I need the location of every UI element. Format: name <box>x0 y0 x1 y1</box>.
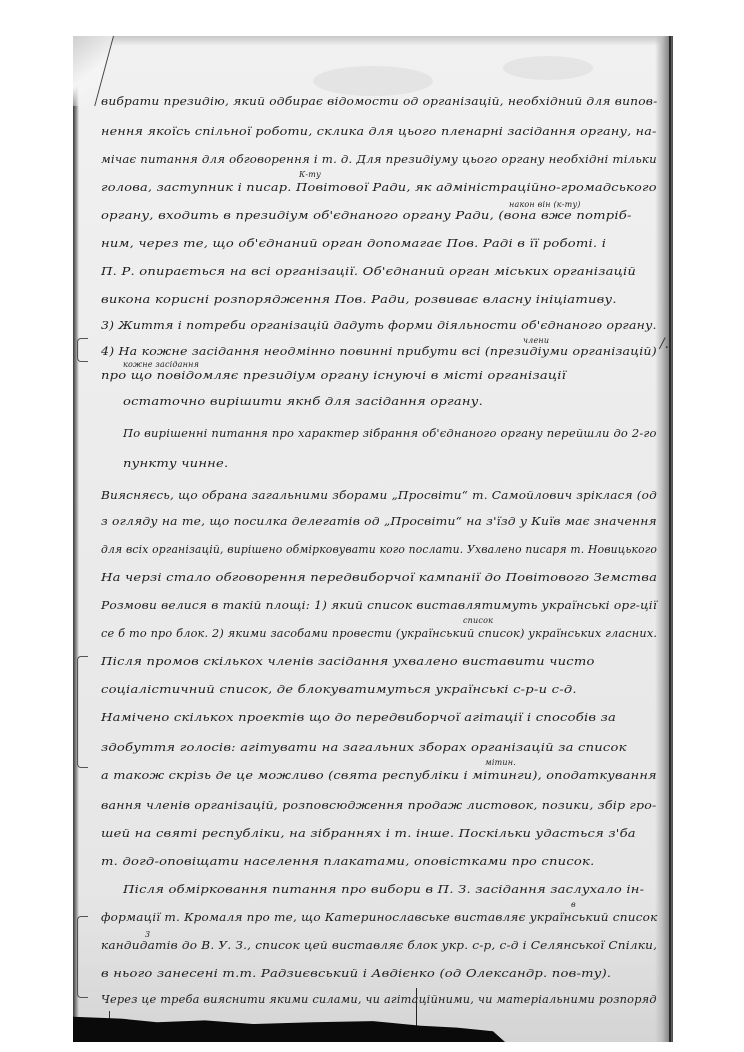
text-line: голова, заступник і писар. Повітової Рад… <box>101 180 657 194</box>
text-line: По вирішенні питання про характер зібран… <box>123 426 657 440</box>
text-line: викона корисні розпорядження Пов. Ради, … <box>101 292 617 306</box>
text-line: 4) На кожне засідання неодмінно повинні … <box>101 344 657 358</box>
margin-bracket <box>77 916 88 998</box>
text-line: формації т. Кромаля про те, що Катеринос… <box>101 910 658 924</box>
text-line: з огляду на те, що посилка делегатів од … <box>101 514 657 528</box>
text-line: Після промов скількох членів засідання у… <box>101 654 595 668</box>
text-line: остаточно вирішити якнб для засідання ор… <box>123 394 483 408</box>
margin-mark: /. <box>660 336 669 352</box>
margin-bracket <box>77 656 88 768</box>
text-line: На черзі стало обговорення передвиборчої… <box>101 570 657 584</box>
interlinear-note: в <box>571 900 576 909</box>
document-page: вибрати президію, який одбирає відомости… <box>73 36 673 1042</box>
text-line: Після обмірковання питання про вибори в … <box>123 882 644 896</box>
text-line: шей на святі республіки, на зібраннях і … <box>101 826 636 840</box>
text-line: а також скрізь де це можливо (свята респ… <box>101 768 657 782</box>
text-line: т. догд-оповіщати населення плакатами, о… <box>101 854 594 868</box>
text-line: мічає питання для обговорення і т. д. Дл… <box>101 152 657 166</box>
text-line: П. Р. опирається на всі організації. Об'… <box>101 264 636 278</box>
text-line: для всіх організацій, вирішено обміркову… <box>101 542 657 556</box>
text-line: органу, входить в президіум об'єднаного … <box>101 208 632 222</box>
text-line: вибрати президію, який одбирає відомости… <box>101 94 657 108</box>
interlinear-note: список <box>463 616 493 625</box>
text-line: пункту чинне. <box>123 456 228 470</box>
text-line: про що повідомляє президіум органу існую… <box>101 368 566 382</box>
text-line: здобуття голосів: агітувати на загальних… <box>101 740 627 754</box>
text-line: се б то про блок. 2) якими засобами пров… <box>101 626 657 640</box>
interlinear-note: К-ту <box>299 170 321 179</box>
text-line: Розмови велися в такій площі: 1) який сп… <box>101 598 657 612</box>
text-line: Через це треба вияснити якими силами, чи… <box>101 992 657 1006</box>
paper-stain <box>503 56 593 80</box>
text-line: в нього занесені т.т. Радзиєвський і Авд… <box>101 966 611 980</box>
page-spine-edge <box>669 36 671 1042</box>
paper-stain <box>313 66 433 96</box>
text-line: Виясняєсь, що обрана загальними зборами … <box>101 488 657 502</box>
interlinear-note: мітин. <box>485 758 516 767</box>
text-line: ним, через те, що об'єднаний орган допом… <box>101 236 606 250</box>
text-line: нення якоїсь спільної роботи, склика для… <box>101 124 657 138</box>
text-line: вання членів організацій, розповсюдження… <box>101 798 657 812</box>
text-line: 3) Життя і потреби організацій дадуть фо… <box>101 318 657 332</box>
text-line: кандидатів до В. У. З., список цей виста… <box>101 938 657 952</box>
text-line: соціалістичний список, де блокуватимутьс… <box>101 682 577 696</box>
torn-bottom-edge <box>73 1006 673 1042</box>
margin-bracket <box>77 338 88 362</box>
page-top-shadow <box>73 36 673 46</box>
text-line: Намічено скількох проектів що до передви… <box>101 710 616 724</box>
